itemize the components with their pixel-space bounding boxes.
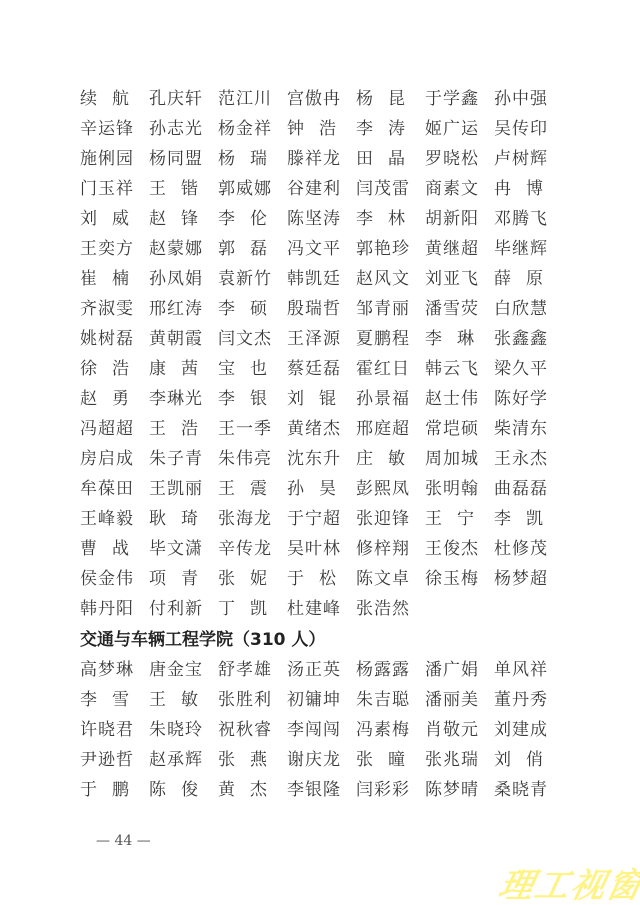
person-name: 王宁 — [425, 509, 494, 529]
person-name: 王峰毅 — [80, 509, 149, 529]
name-row: 王峰毅耿琦张海龙于宁超张迎锋王宁李凯 — [80, 504, 550, 534]
person-name: 冯素梅 — [356, 720, 425, 740]
person-name: 韩云飞 — [425, 359, 494, 379]
person-name: 杨昆 — [356, 89, 425, 109]
person-name: 王锴 — [149, 179, 218, 199]
person-name: 李伦 — [218, 209, 287, 229]
name-row: 赵勇李琳光李银刘锟孙景福赵士伟陈好学 — [80, 384, 550, 414]
person-name: 张兆瑞 — [425, 750, 494, 770]
person-name: 李银隆 — [287, 780, 356, 800]
person-name: 朱晓玲 — [149, 720, 218, 740]
person-name: 续航 — [80, 89, 149, 109]
person-name: 张妮 — [218, 569, 287, 589]
person-name: 霍红日 — [356, 359, 425, 379]
person-name: 修梓翔 — [356, 539, 425, 559]
person-name: 卢树辉 — [494, 149, 563, 169]
person-name: 郭威娜 — [218, 179, 287, 199]
person-name: 王震 — [218, 479, 287, 499]
person-name: 袁新竹 — [218, 269, 287, 289]
person-name: 李硕 — [218, 299, 287, 319]
person-name: 王俊杰 — [425, 539, 494, 559]
person-name: 曲磊磊 — [494, 479, 563, 499]
person-name: 谢庆龙 — [287, 750, 356, 770]
person-name: 辛运锋 — [80, 119, 149, 139]
person-name: 董丹秀 — [494, 690, 563, 710]
person-name: 李闯闯 — [287, 720, 356, 740]
person-name: 徐浩 — [80, 359, 149, 379]
person-name: 杜建峰 — [287, 599, 356, 619]
name-row: 李雪王敏张胜利初镛坤朱吉聪潘丽美董丹秀 — [80, 685, 550, 715]
person-name: 毕继辉 — [494, 239, 563, 259]
person-name: 彭熙凤 — [356, 479, 425, 499]
name-row: 齐淑雯邢红涛李硕殷瑞哲邹青丽潘雪荧白欣慧 — [80, 294, 550, 324]
person-name: 钟浩 — [287, 119, 356, 139]
person-name: 侯金伟 — [80, 569, 149, 589]
person-name: 邹青丽 — [356, 299, 425, 319]
person-name: 唐金宝 — [149, 660, 218, 680]
person-name: 孙凤娟 — [149, 269, 218, 289]
person-name: 张胜利 — [218, 690, 287, 710]
name-row: 崔楠孙凤娟袁新竹韩凯廷赵风文刘亚飞薛原 — [80, 264, 550, 294]
person-name: 张迎锋 — [356, 509, 425, 529]
person-name: 朱伟亮 — [218, 449, 287, 469]
name-row: 牟葆田王凯丽王震孙昊彭熙凤张明翰曲磊磊 — [80, 474, 550, 504]
person-name: 郭磊 — [218, 239, 287, 259]
person-name: 许晓君 — [80, 720, 149, 740]
person-name: 杨露露 — [356, 660, 425, 680]
person-name: 范江川 — [218, 89, 287, 109]
person-name: 周加城 — [425, 449, 494, 469]
person-name: 张燕 — [218, 750, 287, 770]
person-name: 赵士伟 — [425, 389, 494, 409]
person-name: 黄继超 — [425, 239, 494, 259]
person-name: 宫傲冉 — [287, 89, 356, 109]
person-name: 冯超超 — [80, 419, 149, 439]
person-name: 邓腾飞 — [494, 209, 563, 229]
person-name: 李银 — [218, 389, 287, 409]
person-name: 罗晓松 — [425, 149, 494, 169]
person-name: 王奕方 — [80, 239, 149, 259]
person-name: 桑晓青 — [494, 780, 563, 800]
person-name: 曹战 — [80, 539, 149, 559]
person-name: 吴叶林 — [287, 539, 356, 559]
person-name: 闫茂雷 — [356, 179, 425, 199]
person-name: 闫文杰 — [218, 329, 287, 349]
name-row: 徐浩康茜宝也蔡廷磊霍红日韩云飞梁久平 — [80, 354, 550, 384]
person-name: 张浩然 — [356, 599, 425, 619]
person-name: 郭艳珍 — [356, 239, 425, 259]
person-name: 丁凯 — [218, 599, 287, 619]
person-name: 舒孝雄 — [218, 660, 287, 680]
person-name: 杜修茂 — [494, 539, 563, 559]
name-row: 施俐园杨同盟杨瑞滕祥龙田晶罗晓松卢树辉 — [80, 144, 550, 174]
person-name: 徐玉梅 — [425, 569, 494, 589]
person-name: 赵蒙娜 — [149, 239, 218, 259]
person-name: 刘威 — [80, 209, 149, 229]
person-name: 门玉祥 — [80, 179, 149, 199]
name-row: 冯超超王浩王一季黄绪杰邢庭超常垲硕柴清东 — [80, 414, 550, 444]
name-row: 续航孔庆轩范江川宫傲冉杨昆于学鑫孙中强 — [80, 84, 550, 114]
person-name: 陈好学 — [494, 389, 563, 409]
person-name: 蔡廷磊 — [287, 359, 356, 379]
person-name: 殷瑞哲 — [287, 299, 356, 319]
person-name: 辛传龙 — [218, 539, 287, 559]
section-heading: 交通与车辆工程学院（310 人） — [80, 628, 325, 652]
person-name: 杨金祥 — [218, 119, 287, 139]
name-row: 门玉祥王锴郭威娜谷建利闫茂雷商素文冉博 — [80, 174, 550, 204]
name-row: 韩丹阳付利新丁凯杜建峰张浩然 — [80, 594, 550, 624]
person-name: 毕文潇 — [149, 539, 218, 559]
person-name: 冉博 — [494, 179, 563, 199]
person-name: 潘丽美 — [425, 690, 494, 710]
person-name: 黄朝霞 — [149, 329, 218, 349]
name-row: 尹逊哲赵承辉张燕谢庆龙张曈张兆瑞刘俏 — [80, 745, 550, 775]
name-row: 王奕方赵蒙娜郭磊冯文平郭艳珍黄继超毕继辉 — [80, 234, 550, 264]
person-name: 康茜 — [149, 359, 218, 379]
person-name: 黄杰 — [218, 780, 287, 800]
person-name: 祝秋睿 — [218, 720, 287, 740]
name-row: 于鹏陈俊黄杰李银隆闫彩彩陈梦晴桑晓青 — [80, 775, 550, 805]
person-name: 汤正英 — [287, 660, 356, 680]
document-page: 续航孔庆轩范江川宫傲冉杨昆于学鑫孙中强辛运锋孙志光杨金祥钟浩李涛姬广运吴传印施俐… — [0, 0, 640, 905]
person-name: 陈文卓 — [356, 569, 425, 589]
person-name: 赵风文 — [356, 269, 425, 289]
person-name: 齐淑雯 — [80, 299, 149, 319]
person-name: 崔楠 — [80, 269, 149, 289]
person-name: 李琳 — [425, 329, 494, 349]
person-name: 王一季 — [218, 419, 287, 439]
name-list-section-b: 高梦琳唐金宝舒孝雄汤正英杨露露潘广娟单风祥李雪王敏张胜利初镛坤朱吉聪潘丽美董丹秀… — [80, 655, 550, 805]
person-name: 姬广运 — [425, 119, 494, 139]
person-name: 滕祥龙 — [287, 149, 356, 169]
person-name: 吴传印 — [494, 119, 563, 139]
person-name: 庄敏 — [356, 449, 425, 469]
name-row: 刘威赵锋李伦陈坚涛李林胡新阳邓腾飞 — [80, 204, 550, 234]
person-name: 商素文 — [425, 179, 494, 199]
person-name: 王浩 — [149, 419, 218, 439]
person-name: 梁久平 — [494, 359, 563, 379]
person-name: 孙志光 — [149, 119, 218, 139]
person-name: 谷建利 — [287, 179, 356, 199]
person-name: 赵锋 — [149, 209, 218, 229]
person-name: 高梦琳 — [80, 660, 149, 680]
person-name: 王敏 — [149, 690, 218, 710]
person-name: 尹逊哲 — [80, 750, 149, 770]
person-name: 柴清东 — [494, 419, 563, 439]
person-name: 房启成 — [80, 449, 149, 469]
person-name: 孙中强 — [494, 89, 563, 109]
person-name: 潘雪荧 — [425, 299, 494, 319]
name-row: 侯金伟项青张妮于松陈文卓徐玉梅杨梦超 — [80, 564, 550, 594]
person-name: 于松 — [287, 569, 356, 589]
person-name: 闫彩彩 — [356, 780, 425, 800]
person-name: 潘广娟 — [425, 660, 494, 680]
person-name: 刘建成 — [494, 720, 563, 740]
name-list-section-a: 续航孔庆轩范江川宫傲冉杨昆于学鑫孙中强辛运锋孙志光杨金祥钟浩李涛姬广运吴传印施俐… — [80, 84, 550, 624]
person-name: 白欣慧 — [494, 299, 563, 319]
person-name: 韩凯廷 — [287, 269, 356, 289]
person-name: 王永杰 — [494, 449, 563, 469]
person-name: 于鹏 — [80, 780, 149, 800]
name-row: 房启成朱子青朱伟亮沈东升庄敏周加城王永杰 — [80, 444, 550, 474]
person-name: 项青 — [149, 569, 218, 589]
person-name: 杨瑞 — [218, 149, 287, 169]
person-name: 付利新 — [149, 599, 218, 619]
name-row: 姚树磊黄朝霞闫文杰王泽源夏鹏程李琳张鑫鑫 — [80, 324, 550, 354]
person-name: 张海龙 — [218, 509, 287, 529]
person-name: 胡新阳 — [425, 209, 494, 229]
person-name: 陈梦晴 — [425, 780, 494, 800]
name-row: 辛运锋孙志光杨金祥钟浩李涛姬广运吴传印 — [80, 114, 550, 144]
person-name: 田晶 — [356, 149, 425, 169]
watermark-logo: 理工视窗 — [495, 858, 640, 905]
person-name: 牟葆田 — [80, 479, 149, 499]
person-name: 薛原 — [494, 269, 563, 289]
person-name: 张明翰 — [425, 479, 494, 499]
name-row: 曹战毕文潇辛传龙吴叶林修梓翔王俊杰杜修茂 — [80, 534, 550, 564]
person-name: 姚树磊 — [80, 329, 149, 349]
person-name: 夏鹏程 — [356, 329, 425, 349]
person-name: 沈东升 — [287, 449, 356, 469]
person-name: 于宁超 — [287, 509, 356, 529]
person-name: 初镛坤 — [287, 690, 356, 710]
person-name: 李琳光 — [149, 389, 218, 409]
person-name: 肖敬元 — [425, 720, 494, 740]
person-name: 张鑫鑫 — [494, 329, 563, 349]
person-name: 李林 — [356, 209, 425, 229]
person-name: 黄绪杰 — [287, 419, 356, 439]
person-name: 宝也 — [218, 359, 287, 379]
person-name: 耿琦 — [149, 509, 218, 529]
person-name: 邢红涛 — [149, 299, 218, 319]
person-name: 王泽源 — [287, 329, 356, 349]
person-name: 孔庆轩 — [149, 89, 218, 109]
person-name: 邢庭超 — [356, 419, 425, 439]
person-name: 陈俊 — [149, 780, 218, 800]
person-name: 赵承辉 — [149, 750, 218, 770]
person-name: 刘亚飞 — [425, 269, 494, 289]
person-name: 李雪 — [80, 690, 149, 710]
person-name: 单风祥 — [494, 660, 563, 680]
person-name: 于学鑫 — [425, 89, 494, 109]
name-row: 许晓君朱晓玲祝秋睿李闯闯冯素梅肖敬元刘建成 — [80, 715, 550, 745]
person-name: 李涛 — [356, 119, 425, 139]
person-name: 韩丹阳 — [80, 599, 149, 619]
person-name: 刘锟 — [287, 389, 356, 409]
person-name: 朱子青 — [149, 449, 218, 469]
person-name: 王凯丽 — [149, 479, 218, 499]
name-row: 高梦琳唐金宝舒孝雄汤正英杨露露潘广娟单风祥 — [80, 655, 550, 685]
person-name: 杨梦超 — [494, 569, 563, 589]
person-name: 施俐园 — [80, 149, 149, 169]
person-name: 李凯 — [494, 509, 563, 529]
person-name: 常垲硕 — [425, 419, 494, 439]
person-name: 刘俏 — [494, 750, 563, 770]
person-name: 冯文平 — [287, 239, 356, 259]
page-number: — 44 — — [96, 833, 151, 849]
person-name: 孙昊 — [287, 479, 356, 499]
person-name: 张曈 — [356, 750, 425, 770]
person-name: 赵勇 — [80, 389, 149, 409]
person-name: 陈坚涛 — [287, 209, 356, 229]
person-name: 杨同盟 — [149, 149, 218, 169]
person-name: 朱吉聪 — [356, 690, 425, 710]
person-name: 孙景福 — [356, 389, 425, 409]
